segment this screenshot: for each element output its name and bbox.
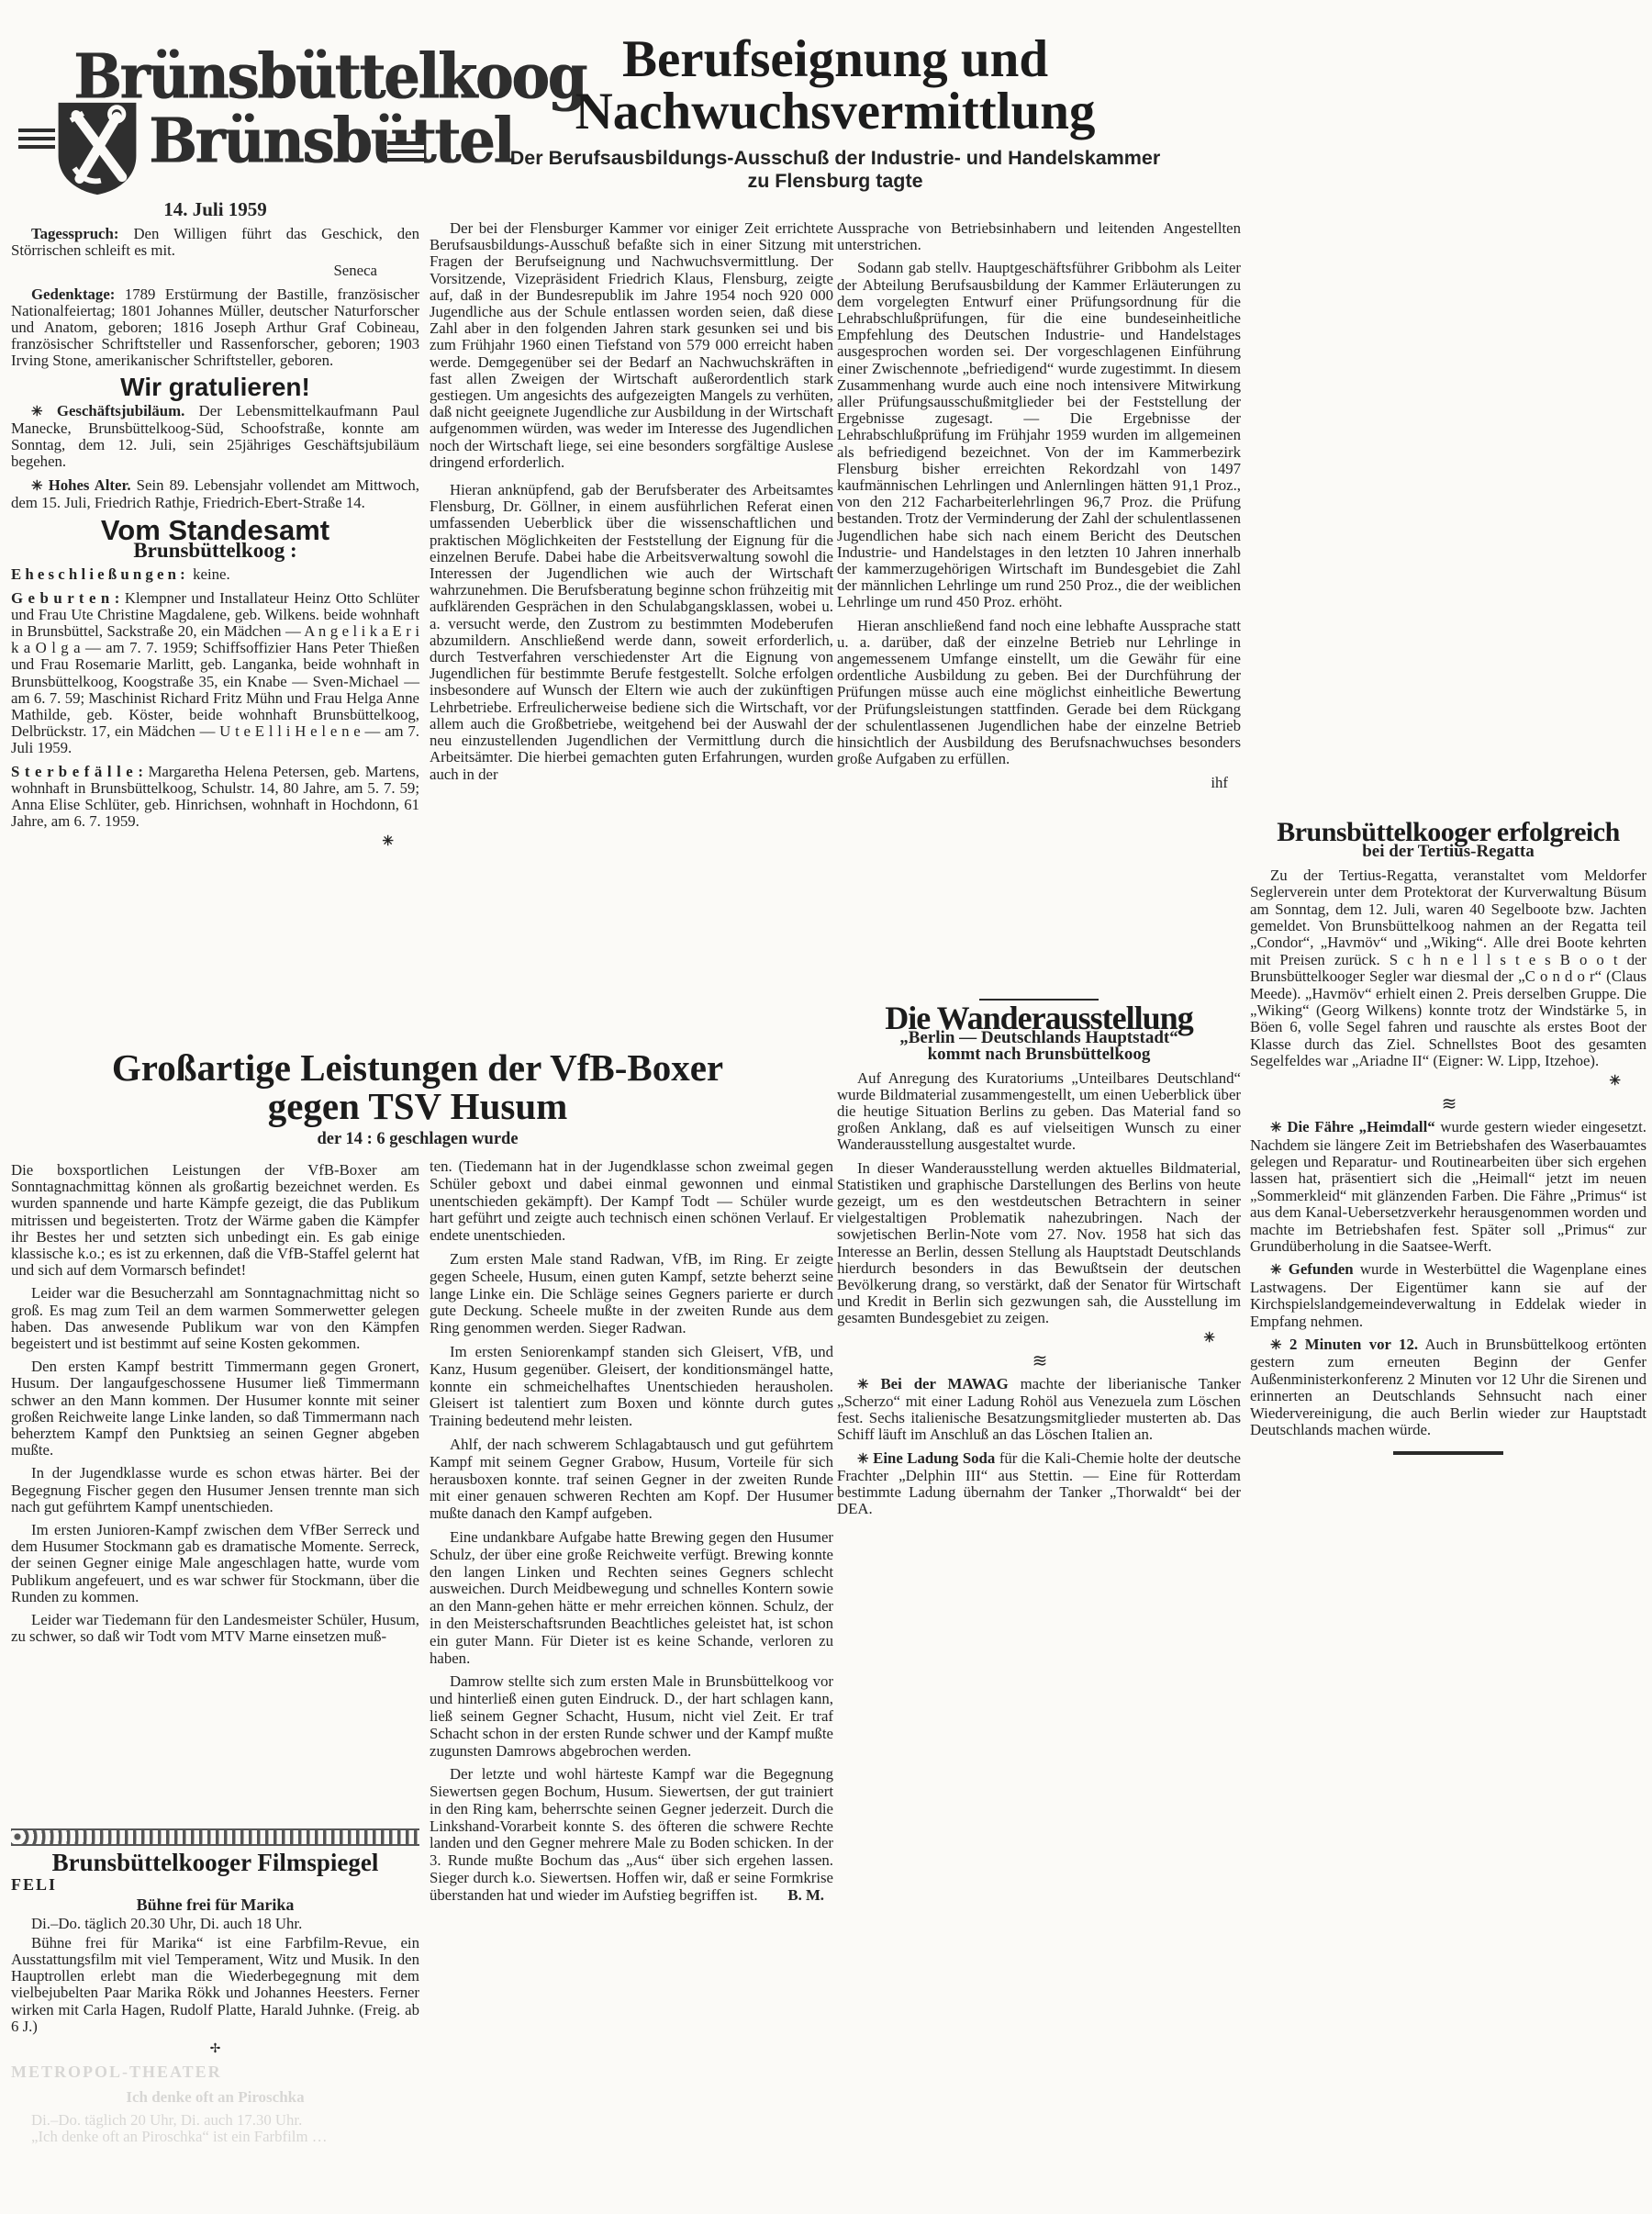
boxing-column-1: Die boxsportlichen Leistungen der VfB-Bo… bbox=[11, 1162, 419, 1651]
wavy-divider: ≋ bbox=[837, 1352, 1241, 1370]
boxing-paragraph: Im ersten Junioren-Kampf zwischen dem Vf… bbox=[11, 1522, 419, 1605]
hohes-alter-item: ✳ Hohes Alter. Sein 89. Lebensjahr volle… bbox=[11, 477, 419, 511]
gedenktage: Gedenktage: 1789 Erstürmung der Bastille… bbox=[11, 286, 419, 370]
wander-section: Die Wanderausstellung „Berlin — Deutschl… bbox=[837, 999, 1241, 1524]
boxing-headline-line2: gegen TSV Husum bbox=[37, 1087, 798, 1125]
star-icon: ✳ bbox=[837, 1330, 1241, 1347]
article-column-2: Aussprache von Betriebsinhabern und leit… bbox=[837, 220, 1241, 791]
cross-divider: ✢ bbox=[11, 2041, 419, 2058]
wander-paragraph: In dieser Wanderausstellung werden aktue… bbox=[837, 1160, 1241, 1327]
wander-subhead-line2: kommt nach Brunsbüttelkoog bbox=[837, 1046, 1241, 1063]
article-paragraph: Hieran anknüpfend, gab der Berufsberater… bbox=[430, 482, 833, 783]
wavy-divider: ≋ bbox=[1250, 1095, 1646, 1113]
boxing-subhead: der 14 : 6 geschlagen wurde bbox=[37, 1130, 798, 1149]
standesamt-headline: Vom Standesamt bbox=[11, 522, 419, 539]
tagesspruch-label: Tagesspruch: bbox=[31, 225, 118, 242]
article-paragraph: Sodann gab stellv. Hauptgeschäftsführer … bbox=[837, 260, 1241, 610]
faded-showtimes: Di.–Do. täglich 20 Uhr, Di. auch 17.30 U… bbox=[11, 2112, 419, 2129]
soda-item: ✳ Eine Ladung Soda für die Kali-Chemie h… bbox=[837, 1450, 1241, 1518]
boxing-paragraph: Zum ersten Male stand Radwan, VfB, im Ri… bbox=[430, 1251, 833, 1337]
boxing-paragraph: Die boxsportlichen Leistungen der VfB-Bo… bbox=[11, 1162, 419, 1279]
filmspiegel-headline: Brunsbüttelkooger Filmspiegel bbox=[11, 1854, 419, 1871]
tagesspruch: Tagesspruch: Den Willigen führt das Gesc… bbox=[11, 226, 419, 259]
newspaper-page: Brünsbüttelkoog Brünsbüttel 14. Juli 195… bbox=[0, 0, 1652, 2214]
boxing-paragraph: Eine undankbare Aufgabe hatte Brewing ge… bbox=[430, 1529, 833, 1667]
braided-divider bbox=[11, 1828, 419, 1846]
faded-cinema-name: METROPOL-THEATER bbox=[11, 2063, 419, 2080]
headline-line2: Nachwuchsvermittlung bbox=[431, 85, 1239, 138]
headline-line1: Berufseignung und bbox=[431, 33, 1239, 85]
boxing-headline-line1: Großartige Leistungen der VfB-Boxer bbox=[37, 1048, 798, 1087]
edition-date: 14. Juli 1959 bbox=[11, 198, 419, 221]
regatta-body: Zu der Tertius-Regatta, veranstaltet vom… bbox=[1250, 867, 1646, 1070]
faded-review-line: „Ich denke oft an Piroschka“ ist ein Far… bbox=[11, 2129, 419, 2145]
zwei-minuten-item: ✳ 2 Minuten vor 12. Auch in Brunsbüttelk… bbox=[1250, 1336, 1646, 1438]
film-title: Bühne frei für Marika bbox=[11, 1896, 419, 1913]
article-sign: ihf bbox=[837, 775, 1241, 791]
faded-film-title: Ich denke oft an Piroschka bbox=[11, 2089, 419, 2106]
boxing-paragraph: Ahlf, der nach schwerem Schlagabtausch u… bbox=[430, 1437, 833, 1523]
faded-metropol-block: METROPOL-THEATER Ich denke oft an Pirosc… bbox=[11, 2063, 419, 2145]
gedenktage-label: Gedenktage: bbox=[31, 285, 115, 303]
boxing-paragraph: ten. (Tiedemann hat in der Jugendklasse … bbox=[430, 1158, 833, 1245]
showtimes: Di.–Do. täglich 20.30 Uhr, Di. auch 18 U… bbox=[11, 1916, 419, 1932]
boxing-paragraph: Leider war die Besucherzahl am Sonntagna… bbox=[11, 1285, 419, 1352]
boxing-paragraph: Im ersten Seniorenkampf standen sich Gle… bbox=[430, 1344, 833, 1430]
star-icon: ✳ bbox=[31, 479, 43, 494]
wander-headline: Die Wanderausstellung bbox=[837, 1010, 1241, 1026]
star-icon: ✳ bbox=[857, 1452, 869, 1467]
right-column: Brunsbüttelkooger erfolgreich bei der Te… bbox=[1250, 824, 1646, 1455]
boxing-headline: Großartige Leistungen der VfB-Boxer gege… bbox=[37, 1048, 798, 1149]
star-icon: ✳ bbox=[31, 405, 43, 419]
jubilaeum-item: ✳ Geschäftsjubiläum. Der Lebensmittelkau… bbox=[11, 403, 419, 471]
masthead-flourish-right bbox=[387, 141, 424, 165]
gratulieren-headline: Wir gratulieren! bbox=[11, 379, 419, 396]
masthead-flourish-left bbox=[18, 129, 55, 152]
boxing-paragraph: Den ersten Kampf bestritt Timmermann geg… bbox=[11, 1359, 419, 1459]
mawag-item: ✳ Bei der MAWAG machte der liberianische… bbox=[837, 1376, 1241, 1444]
subhead-line1: Der Berufsausbildungs-Ausschuß der Indus… bbox=[431, 147, 1239, 170]
coat-of-arms-shield-icon bbox=[51, 99, 143, 196]
standesamt-subheadline: Brunsbüttelkoog : bbox=[11, 542, 419, 559]
masthead: Brünsbüttelkoog Brünsbüttel bbox=[13, 40, 426, 204]
boxing-column-2: ten. (Tiedemann hat in der Jugendklasse … bbox=[430, 1158, 833, 1905]
sterbefaelle: S t e r b e f ä l l e : Margaretha Helen… bbox=[11, 764, 419, 831]
end-divider bbox=[1393, 1451, 1503, 1455]
star-icon: ✳ bbox=[1270, 1121, 1282, 1135]
article-paragraph: Hieran anschließend fand noch eine lebha… bbox=[837, 618, 1241, 768]
star-icon: ✳ bbox=[1270, 1338, 1282, 1353]
star-icon: ✳ bbox=[857, 1378, 869, 1392]
article-column-1: Der bei der Flensburger Kammer vor einig… bbox=[430, 220, 833, 789]
eheschliessungen: E h e s c h l i e ß u n g e n : keine. bbox=[11, 566, 419, 583]
article-paragraph: Aussprache von Betriebsinhabern und leit… bbox=[837, 220, 1241, 253]
star-icon: ✳ bbox=[1250, 1073, 1646, 1090]
left-column: Tagesspruch: Den Willigen führt das Gesc… bbox=[11, 226, 419, 850]
regatta-headline: Brunsbüttelkooger erfolgreich bbox=[1250, 824, 1646, 841]
star-icon: ✳ bbox=[11, 833, 419, 850]
filmspiegel-section: Brunsbüttelkooger Filmspiegel FELI Bühne… bbox=[11, 1854, 419, 2145]
boxing-paragraph: Der letzte und wohl härteste Kampf war d… bbox=[430, 1766, 833, 1904]
article-paragraph: Der bei der Flensburger Kammer vor einig… bbox=[430, 220, 833, 471]
boxing-paragraph: Damrow stellte sich zum ersten Male in B… bbox=[430, 1673, 833, 1760]
subhead-line2: zu Flensburg tagte bbox=[431, 170, 1239, 193]
tagesspruch-attribution: Seneca bbox=[11, 263, 419, 279]
star-icon: ✳ bbox=[1270, 1263, 1282, 1278]
boxing-paragraph: Leider war Tiedemann für den Landesmeist… bbox=[11, 1612, 419, 1645]
cinema-name: FELI bbox=[11, 1876, 419, 1893]
heimdall-item: ✳ Die Fähre „Heimdall“ wurde gestern wie… bbox=[1250, 1119, 1646, 1255]
main-article-headline: Berufseignung und Nachwuchsvermittlung D… bbox=[431, 33, 1239, 193]
geburten: G e b u r t e n : Klempner und Installat… bbox=[11, 590, 419, 757]
film-review: Bühne frei für Marika“ ist eine Farbfilm… bbox=[11, 1935, 419, 2035]
gefunden-item: ✳ Gefunden wurde in Westerbüttel die Wag… bbox=[1250, 1261, 1646, 1330]
boxing-paragraph: In der Jugendklasse wurde es schon etwas… bbox=[11, 1465, 419, 1515]
wander-paragraph: Auf Anregung des Kuratoriums „Unteilbare… bbox=[837, 1070, 1241, 1154]
